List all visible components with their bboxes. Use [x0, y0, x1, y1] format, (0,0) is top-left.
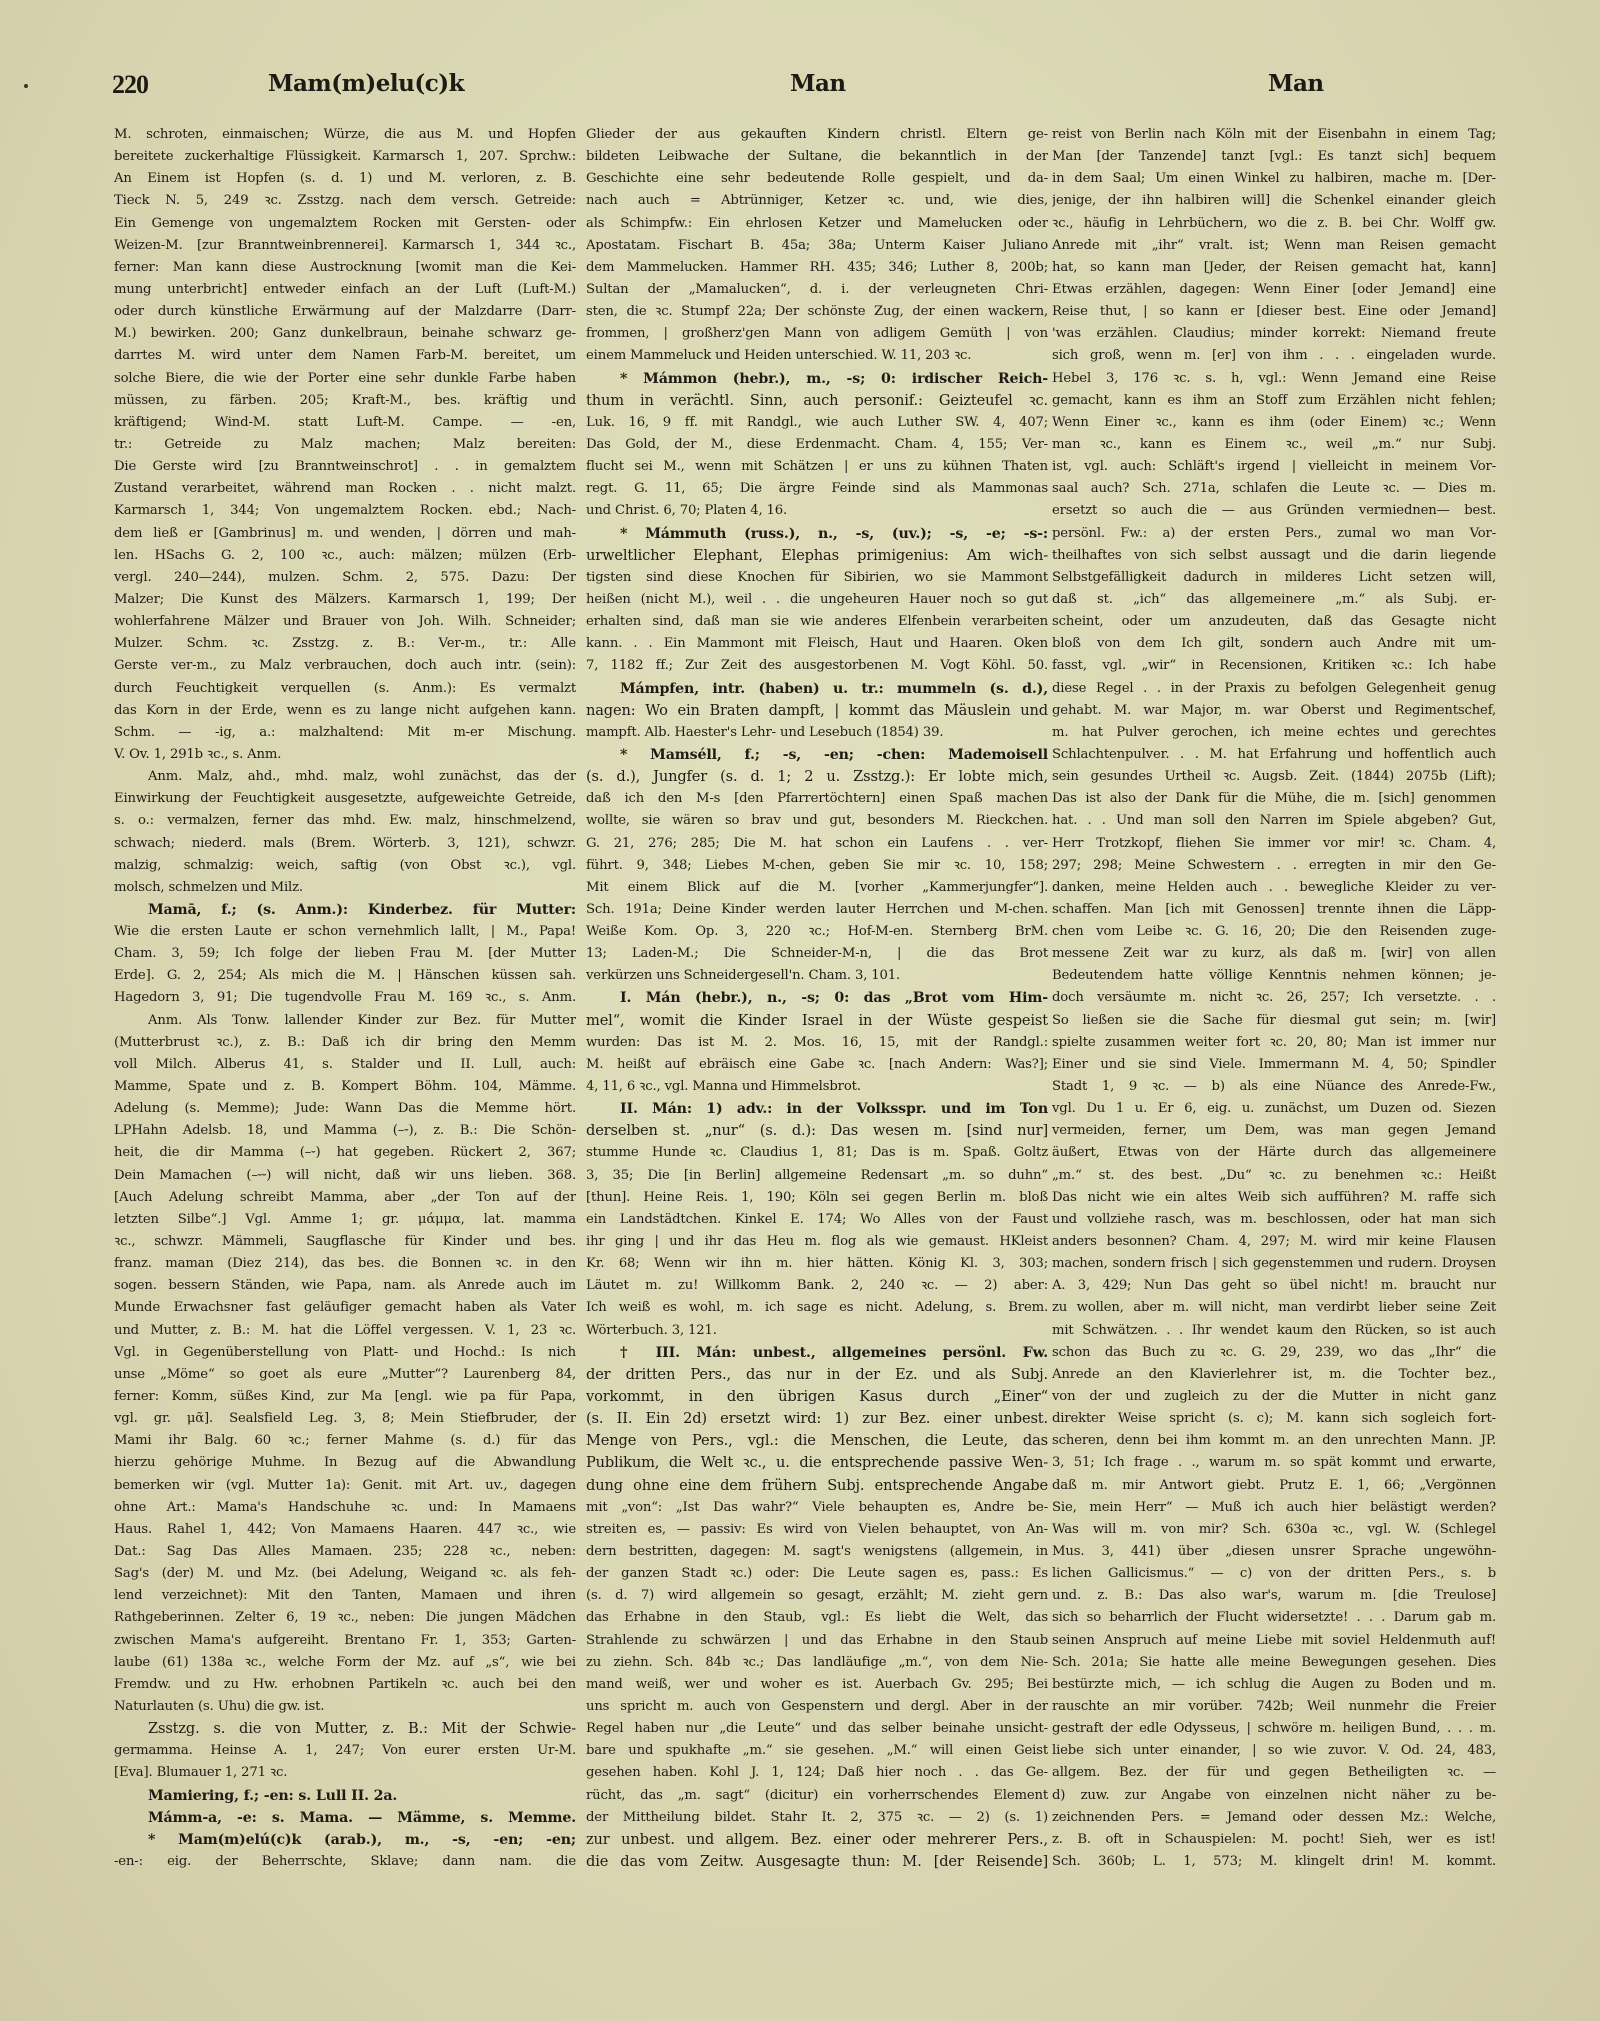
text-line: zu wollen, aber m. will nicht, man verdi… [1052, 1297, 1496, 1319]
text-line: (s. d.), Jungfer (s. d. 1; 2 u. Zsstzg.)… [586, 766, 1048, 788]
column-middle: Glieder der aus gekauften Kindern christ… [586, 124, 1048, 1873]
text-line: LPHahn Adelsb. 18, und Mamma (–⏑), z. B.… [114, 1120, 576, 1142]
text-line: Weiße Kom. Op. 3, 220 ꝛc.; Hof-M-en. Ste… [586, 921, 1048, 943]
text-line: und. z. B.: Das also war's, warum m. [di… [1052, 1585, 1496, 1607]
text-line: So ließen sie die Sache für diesmal gut … [1052, 1010, 1496, 1032]
text-line: Einer und sie sind Viele. Immermann M. 4… [1052, 1054, 1496, 1076]
text-line: dung ohne eine dem frühern Subj. entspre… [586, 1475, 1048, 1497]
text-line: sogen. bessern Ständen, wie Papa, nam. a… [114, 1275, 576, 1297]
text-line: man ꝛc., kann es Einem ꝛc., weil „m.“ nu… [1052, 434, 1496, 456]
text-line: Das Gold, der M., diese Erdenmacht. Cham… [586, 434, 1048, 456]
text-line: reist von Berlin nach Köln mit der Eisen… [1052, 124, 1496, 146]
text-line: „m.“ st. des best. „Du“ ꝛc. zu benehmen … [1052, 1165, 1496, 1187]
text-line: Die Gerste wird [zu Branntweinschrot] . … [114, 456, 576, 478]
text-line: Schm. — -ig, a.: malzhaltend: Mit m-er M… [114, 722, 576, 744]
text-line: Das ist also der Dank für die Mühe, die … [1052, 788, 1496, 810]
page-header: 220 Mam(m)elu(c)k Man Man [0, 70, 1600, 100]
text-line: Selbstgefälligkeit dadurch in milderes L… [1052, 567, 1496, 589]
text-line: Sch. 191a; Deine Kinder werden lauter He… [586, 899, 1048, 921]
text-line: [Eva]. Blumauer 1, 271 ꝛc. [114, 1762, 576, 1784]
text-line: zwischen Mama's aufgereiht. Brentano Fr.… [114, 1630, 576, 1652]
text-line: rücht, das „m. sagt“ (dicitur) ein vorhe… [586, 1785, 1048, 1807]
text-line: das Korn in der Erde, wenn es zu lange n… [114, 700, 576, 722]
entry-headword-line: † III. Mán: unbest., allgemeines persönl… [586, 1342, 1048, 1364]
text-line: schwach; niederd. mals (Brem. Wörterb. 3… [114, 833, 576, 855]
text-line: äußert, Etwas von der Härte durch das al… [1052, 1142, 1496, 1164]
text-line: Fremdw. und zu Hw. erhobnen Partikeln ꝛc… [114, 1674, 576, 1696]
text-line: saal auch? Sch. 271a, schlafen die Leute… [1052, 478, 1496, 500]
text-line: solche Biere, die wie der Porter eine se… [114, 368, 576, 390]
text-line: Anrede an den Klavierlehrer ist, m. die … [1052, 1364, 1496, 1386]
text-line: Reise thut, | so kann er [dieser best. E… [1052, 301, 1496, 323]
text-line: scheint, oder um anzudeuten, daß das Ges… [1052, 611, 1496, 633]
text-line: Publikum, die Welt ꝛc., u. die entsprech… [586, 1452, 1048, 1474]
text-line: Mus. 3, 441) über „diesen unsrer Sprache… [1052, 1541, 1496, 1563]
text-line: vorkommt, in den übrigen Kasus durch „Ei… [586, 1386, 1048, 1408]
text-line: Mami ihr Balg. 60 ꝛc.; ferner Mahme (s. … [114, 1430, 576, 1452]
entry-headword-line: Mamā, f.; (s. Anm.): Kinderbez. für Mutt… [114, 899, 576, 921]
text-line: persönl. Fw.: a) der ersten Pers., zumal… [1052, 523, 1496, 545]
text-line: theilhaftes von sich selbst aussagt und … [1052, 545, 1496, 567]
text-line: ferner: Man kann diese Austrocknung [wom… [114, 257, 576, 279]
text-line: thum in verächtl. Sinn, auch personif.: … [586, 390, 1048, 412]
text-line: fasst, vgl. „wir“ in Recensionen, Kritik… [1052, 655, 1496, 677]
text-line: müssen, zu färben. 205; Kraft-M., bes. k… [114, 390, 576, 412]
text-line: Adelung (s. Memme); Jude: Wann Das die M… [114, 1098, 576, 1120]
text-line: 'was erzählen. Claudius; minder korrekt:… [1052, 323, 1496, 345]
text-line: ihr ging | und ihr das Heu m. flog als w… [586, 1231, 1048, 1253]
text-line: franz. maman (Diez 214), das bes. die Bo… [114, 1253, 576, 1275]
text-line: -en-: eig. der Beherrschte, Sklave; dann… [114, 1851, 576, 1873]
text-line: Menge von Pers., vgl.: die Menschen, die… [586, 1430, 1048, 1452]
text-line: ein Landstädtchen. Kinkel E. 174; Wo All… [586, 1209, 1048, 1231]
text-line: vergl. 240—244), mulzen. Schm. 2, 575. D… [114, 567, 576, 589]
text-line: Zustand verarbeitet, während man Rocken … [114, 478, 576, 500]
text-line: rauschte an mir vorüber. 742b; Weil nunm… [1052, 1696, 1496, 1718]
text-line: sein gesundes Urtheil ꝛc. Augsb. Zeit. (… [1052, 766, 1496, 788]
text-line: einem Mammeluck und Heiden unterschied. … [586, 345, 1048, 367]
text-line: (s. d. 7) wird allgemein so gesagt, erzä… [586, 1585, 1048, 1607]
text-line: sich so beharrlich der Flucht widersetzt… [1052, 1607, 1496, 1629]
entry-headword-line: * Mam(m)elú(c)k (arab.), m., -s, -en; -e… [114, 1829, 576, 1851]
text-line: bereitete zuckerhaltige Flüssigkeit. Kar… [114, 146, 576, 168]
text-line: lichen Gallicismus.“ — c) von der dritte… [1052, 1563, 1496, 1585]
text-line: verkürzen uns Schneidergesell'n. Cham. 3… [586, 965, 1048, 987]
text-line: hierzu gehörige Muhme. In Bezug auf die … [114, 1452, 576, 1474]
text-line: flucht sei M., wenn mit Schätzen | er un… [586, 456, 1048, 478]
text-line: sich groß, wenn m. [er] von ihm . . . ei… [1052, 345, 1496, 367]
text-line: Geschichte eine sehr bedeutende Rolle ge… [586, 168, 1048, 190]
text-line: daß ich den M-s [den Pfarrertöchtern] ei… [586, 788, 1048, 810]
entry-headword-line: * Mámmon (hebr.), m., -s; 0: irdischer R… [586, 368, 1048, 390]
text-line: Dat.: Sag Das Alles Mamaen. 235; 228 ꝛc.… [114, 1541, 576, 1563]
text-line: hat, so kann man [Jeder, der Reisen gema… [1052, 257, 1496, 279]
text-line: messene Zeit war zu kurz, als daß m. [wi… [1052, 943, 1496, 965]
text-line: erhalten sind, daß man sie wie anderes E… [586, 611, 1048, 633]
text-line: streiten es, — passiv: Es wird von Viele… [586, 1519, 1048, 1541]
entry-headword-line: II. Mán: 1) adv.: in der Volksspr. und i… [586, 1098, 1048, 1120]
text-line: jenige, der ihn halbiren will] die Schen… [1052, 190, 1496, 212]
text-line: doch versäumte m. nicht ꝛc. 26, 257; Ich… [1052, 987, 1496, 1009]
text-line: Gerste ver-m., zu Malz verbrauchen, doch… [114, 655, 576, 677]
text-line: M.) bewirken. 200; Ganz dunkelbraun, bei… [114, 323, 576, 345]
text-line: m. hat Pulver gerochen, ich meine echtes… [1052, 722, 1496, 744]
text-line: Erde]. G. 2, 254; Als mich die M. | Häns… [114, 965, 576, 987]
text-line: schaffen. Man [ich mit Genossen] trennte… [1052, 899, 1496, 921]
text-line: s. o.: vermalzen, ferner das mhd. Ew. ma… [114, 810, 576, 832]
text-line: laube (61) 138a ꝛc., welche Form der Mz.… [114, 1652, 576, 1674]
text-line: gestraft der edle Odysseus, | schwöre m.… [1052, 1718, 1496, 1740]
text-line: Was will m. von mir? Sch. 630a ꝛc., vgl.… [1052, 1519, 1496, 1541]
text-line: V. Ov. 1, 291b ꝛc., s. Anm. [114, 744, 576, 766]
running-head-left: Mam(m)elu(c)k [268, 70, 464, 97]
text-line: ersetzt so auch die — aus Gründen vermie… [1052, 500, 1496, 522]
text-line: d) zuw. zur Angabe von einzelnen nicht n… [1052, 1785, 1496, 1807]
text-line: machen, sondern frisch | sich gegenstemm… [1052, 1253, 1496, 1275]
text-line: G. 21, 276; 285; Die M. hat schon ein La… [586, 833, 1048, 855]
text-line: ꝛc., häufig in Lehrbüchern, wo die z. B.… [1052, 213, 1496, 235]
text-line: 3, 51; Ich frage . ., warum m. so spät k… [1052, 1452, 1496, 1474]
text-line: ferner: Komm, süßes Kind, zur Ma [engl. … [114, 1386, 576, 1408]
text-line: Munde Erwachsner fast geläufiger gemacht… [114, 1297, 576, 1319]
text-line: als Schimpfw.: Ein ehrlosen Ketzer und M… [586, 213, 1048, 235]
text-line: Ich weiß es wohl, m. ich sage es nicht. … [586, 1297, 1048, 1319]
text-line: dem Mammelucken. Hammer RH. 435; 346; Lu… [586, 257, 1048, 279]
text-line: germamma. Heinse A. 1, 247; Von eurer er… [114, 1740, 576, 1762]
text-line: heißen (nicht M.), weil . . die ungeheur… [586, 589, 1048, 611]
text-line: vermeiden, ferner, um Dem, was man gegen… [1052, 1120, 1496, 1142]
text-line: die das vom Zeitw. Ausgesagte thun: M. [… [586, 1851, 1048, 1873]
entry-headword-line: I. Mán (hebr.), n., -s; 0: das „Brot vom… [586, 987, 1048, 1009]
text-line: daß st. „ich“ das allgemeinere „m.“ als … [1052, 589, 1496, 611]
text-line: (s. II. Ein 2d) ersetzt wird: 1) zur Bez… [586, 1408, 1048, 1430]
text-line: darrtes M. wird unter dem Namen Farb-M. … [114, 345, 576, 367]
text-line: heit, die dir Mamma (–⏑) hat gegeben. Rü… [114, 1142, 576, 1164]
text-line: unse „Möme“ so goet als eure „Mutter“? L… [114, 1364, 576, 1386]
text-line: 7, 1182 ff.; Zur Zeit des ausgestorbenen… [586, 655, 1048, 677]
text-line: und Mutter, z. B.: M. hat die Löffel ver… [114, 1320, 576, 1342]
text-line: mit „von“: „Ist Das wahr?“ Viele behaupt… [586, 1497, 1048, 1519]
text-line: Malzer; Die Kunst des Mälzers. Karmarsch… [114, 589, 576, 611]
text-line: Mit einem Blick auf die M. [vorher „Kamm… [586, 877, 1048, 899]
text-line: bare und spukhafte „m.“ sie gesehen. „M.… [586, 1740, 1048, 1762]
text-line: Luk. 16, 9 ff. mit Randgl., wie auch Lut… [586, 412, 1048, 434]
text-line: Mamme, Spate und z. B. Kompert Böhm. 104… [114, 1076, 576, 1098]
text-line: Etwas erzählen, dagegen: Wenn Einer [ode… [1052, 279, 1496, 301]
text-line: oder durch künstliche Erwärmung auf der … [114, 301, 576, 323]
text-line: wurden: Das ist M. 2. Mos. 16, 15, mit d… [586, 1032, 1048, 1054]
text-line: von der und zugleich zu der die Mutter i… [1052, 1386, 1496, 1408]
text-line: Anrede mit „ihr“ vralt. ist; Wenn man Re… [1052, 235, 1496, 257]
text-line: dern bestritten, dagegen: M. sagt's weni… [586, 1541, 1048, 1563]
text-line: allgem. Bez. der für und gegen Betheilig… [1052, 1762, 1496, 1784]
text-line: mampft. Alb. Haester's Lehr- und Lesebuc… [586, 722, 1048, 744]
text-line: regt. G. 11, 65; Die ärgre Feinde sind a… [586, 478, 1048, 500]
text-line: hat. . . Und man soll den Narren im Spie… [1052, 810, 1496, 832]
text-line: derselben st. „nur“ (s. d.): Das wesen m… [586, 1120, 1048, 1142]
text-line: mit Schwätzen. . . Ihr wendet kaum den R… [1052, 1320, 1496, 1342]
text-line: mung unterbricht] entweder einfach an de… [114, 279, 576, 301]
text-line: der dritten Pers., das nur in der Ez. un… [586, 1364, 1048, 1386]
text-line: M. heißt auf ebräisch eine Gabe ꝛc. [nac… [586, 1054, 1048, 1076]
text-line: Stadt 1, 9 ꝛc. — b) als eine Nüance des … [1052, 1076, 1496, 1098]
text-line: bestürzte mich, — ich schlug die Augen z… [1052, 1674, 1496, 1696]
text-line: urweltlicher Elephant, Elephas primigeni… [586, 545, 1048, 567]
text-line: Cham. 3, 59; Ich folge der lieben Frau M… [114, 943, 576, 965]
text-line: frommen, | großherz'gen Mann von adligem… [586, 323, 1048, 345]
text-line: Wie die ersten Laute er schon vernehmlic… [114, 921, 576, 943]
text-line: 3, 35; Die [in Berlin] allgemeine Redens… [586, 1165, 1048, 1187]
text-line: Strahlende zu schwärzen | und das Erhabn… [586, 1630, 1048, 1652]
text-line: zur unbest. und allgem. Bez. einer oder … [586, 1829, 1048, 1851]
page-number: 220 [112, 70, 148, 100]
text-line: danken, meine Helden auch . . bewegliche… [1052, 877, 1496, 899]
text-line: kräftigend; Wind-M. statt Luft-M. Campe.… [114, 412, 576, 434]
text-line: nach auch = Abtrünniger, Ketzer ꝛc. und,… [586, 190, 1048, 212]
text-line: und Christ. 6, 70; Platen 4, 16. [586, 500, 1048, 522]
entry-headword-line: * Mamséll, f.; -s, -en; -chen: Mademoise… [586, 744, 1048, 766]
text-line: anders besonnen? Cham. 4, 297; M. wird m… [1052, 1231, 1496, 1253]
text-line: Sch. 201a; Sie hatte alle meine Bewegung… [1052, 1652, 1496, 1674]
text-line: liebe sich unter einander, | so wie zuvo… [1052, 1740, 1496, 1762]
text-line: (Mutterbrust ꝛc.), z. B.: Daß ich dir br… [114, 1032, 576, 1054]
text-line: Sie, mein Herr“ — Muß ich auch hier belä… [1052, 1497, 1496, 1519]
text-line: A. 3, 429; Nun Das geht so übel nicht! m… [1052, 1275, 1496, 1297]
text-line: Anm. Malz, ahd., mhd. malz, wohl zunächs… [114, 766, 576, 788]
text-line: direkter Weise spricht (s. c); M. kann s… [1052, 1408, 1496, 1430]
text-line: Regel haben nur „die Leute“ und das selb… [586, 1718, 1048, 1740]
dictionary-columns: M. schroten, einmaischen; Würze, die aus… [114, 124, 1498, 1924]
text-line: tigsten sind diese Knochen für Sibirien,… [586, 567, 1048, 589]
text-line: z. B. oft in Schauspielen: M. pocht! Sie… [1052, 1829, 1496, 1851]
text-line: letzten Silbe“.] Vgl. Amme 1; gr. μάμμα,… [114, 1209, 576, 1231]
text-line: Glieder der aus gekauften Kindern christ… [586, 124, 1048, 146]
text-line: seinen Anspruch auf meine Liebe mit sovi… [1052, 1630, 1496, 1652]
text-line: gehabt. M. war Major, m. war Oberst und … [1052, 700, 1496, 722]
text-line: Zsstzg. s. die von Mutter, z. B.: Mit de… [114, 1718, 576, 1740]
text-line: Hebel 3, 176 ꝛc. s. h, vgl.: Wenn Jemand… [1052, 368, 1496, 390]
text-line: [Auch Adelung schreibt Mamma, aber „der … [114, 1187, 576, 1209]
text-line: Man [der Tanzende] tanzt [vgl.: Es tanzt… [1052, 146, 1496, 168]
text-line: mel“, womit die Kinder Israel in der Wüs… [586, 1010, 1048, 1032]
text-line: Sag's (der) M. und Mz. (bei Adelung, Wei… [114, 1563, 576, 1585]
text-line: vgl. gr. μᾶ]. Sealsfield Leg. 3, 8; Mein… [114, 1408, 576, 1430]
text-line: daß m. mir Antwort giebt. Prutz E. 1, 66… [1052, 1475, 1496, 1497]
entry-headword-line: Mámpfen, intr. (haben) u. tr.: mummeln (… [586, 678, 1048, 700]
column-right: reist von Berlin nach Köln mit der Eisen… [1052, 124, 1496, 1873]
text-line: voll Milch. Alberus 41, s. Stalder und I… [114, 1054, 576, 1076]
text-line: [thun]. Heine Reis. 1, 190; Köln sei geg… [586, 1187, 1048, 1209]
text-line: zu ziehn. Sch. 84b ꝛc.; Das landläufige … [586, 1652, 1048, 1674]
text-line: wohlerfahrene Mälzer und Brauer von Joh.… [114, 611, 576, 633]
text-line: Sultan der „Mamalucken“, d. i. der verle… [586, 279, 1048, 301]
text-line: 13; Laden-M.; Die Schneider-M-n, | die d… [586, 943, 1048, 965]
text-line: Läutet m. zu! Willkomm Bank. 2, 240 ꝛc. … [586, 1275, 1048, 1297]
text-line: 297; 298; Meine Schwestern . . erregten … [1052, 855, 1496, 877]
text-line: nagen: Wo ein Braten dampft, | kommt das… [586, 700, 1048, 722]
text-line: Das nicht wie ein altes Weib sich auffüh… [1052, 1187, 1496, 1209]
text-line: sten, die ꝛc. Stumpf 22a; Der schönste Z… [586, 301, 1048, 323]
text-line: ohne Art.: Mama's Handschuhe ꝛc. und: In… [114, 1497, 576, 1519]
text-line: das Erhabne in den Staub, vgl.: Es liebt… [586, 1607, 1048, 1629]
text-line: An Einem ist Hopfen (s. d. 1) und M. ver… [114, 168, 576, 190]
text-line: Sch. 360b; L. 1, 573; M. klingelt drin! … [1052, 1851, 1496, 1873]
text-line: bemerken wir (vgl. Mutter 1a): Genit. mi… [114, 1475, 576, 1497]
text-line: gesehen haben. Kohl J. 1, 124; Daß hier … [586, 1762, 1048, 1784]
text-line: Vgl. in Gegenüberstellung von Platt- und… [114, 1342, 576, 1364]
text-line: malzig, schmalzig: weich, saftig (von Ob… [114, 855, 576, 877]
entry-headword-line: Mámm-a, -e: s. Mama. — Mämme, s. Memme. [114, 1807, 576, 1829]
text-line: der ganzen Stadt ꝛc.) oder: Die Leute sa… [586, 1563, 1048, 1585]
text-line: in dem Saal; Um einen Winkel zu halbiren… [1052, 168, 1496, 190]
text-line: len. HSachs G. 2, 100 ꝛc., auch: mälzen;… [114, 545, 576, 567]
text-line: schon das Buch zu ꝛc. G. 29, 239, wo das… [1052, 1342, 1496, 1364]
running-head-center: Man [790, 70, 846, 97]
text-line: Schlachtenpulver. . . M. hat Erfahrung u… [1052, 744, 1496, 766]
text-line: scheren, denn bei ihm kommt m. an den un… [1052, 1430, 1496, 1452]
text-line: vgl. Du 1 u. Er 6, eig. u. zunächst, um … [1052, 1098, 1496, 1120]
text-line: Mulzer. Schm. ꝛc. Zsstzg. z. B.: Ver-m.,… [114, 633, 576, 655]
text-line: lend verzeichnet): Mit den Tanten, Mamae… [114, 1585, 576, 1607]
text-line: Weizen-M. [zur Branntweinbrennerei]. Kar… [114, 235, 576, 257]
text-line: Karmarsch 1, 344; Von ungemalztem Rocken… [114, 500, 576, 522]
text-line: Naturlauten (s. Uhu) die gw. ist. [114, 1696, 576, 1718]
text-line: ꝛc., schwzr. Mämmeli, Saugflasche für Ki… [114, 1231, 576, 1253]
text-line: bloß von dem Ich gilt, sondern auch Andr… [1052, 633, 1496, 655]
text-line: kann. . . Ein Mammont mit Fleisch, Haut … [586, 633, 1048, 655]
text-line: Hagedorn 3, 91; Die tugendvolle Frau M. … [114, 987, 576, 1009]
text-line: Apostatam. Fischart B. 45a; 38a; Unterm … [586, 235, 1048, 257]
text-line: uns spricht m. auch von Gespenstern und … [586, 1696, 1048, 1718]
text-line: M. schroten, einmaischen; Würze, die aus… [114, 124, 576, 146]
text-line: durch Feuchtigkeit verquellen (s. Anm.):… [114, 678, 576, 700]
text-line: Rathgeberinnen. Zelter 6, 19 ꝛc., neben:… [114, 1607, 576, 1629]
text-line: molsch, schmelzen und Milz. [114, 877, 576, 899]
text-line: dem ließ er [Gambrinus] m. und wenden, |… [114, 523, 576, 545]
entry-headword-line: Mamiering, f.; -en: s. Lull II. 2a. [114, 1785, 576, 1807]
text-line: ist, vgl. auch: Schläft's irgend | viell… [1052, 456, 1496, 478]
text-line: tr.: Getreide zu Malz machen; Malz berei… [114, 434, 576, 456]
text-line: Herr Trotzkopf, fliehen Sie immer vor mi… [1052, 833, 1496, 855]
running-head-right: Man [1268, 70, 1324, 97]
text-line: 4, 11, 6 ꝛc., vgl. Manna und Himmelsbrot… [586, 1076, 1048, 1098]
text-line: stumme Hunde ꝛc. Claudius 1, 81; Das is … [586, 1142, 1048, 1164]
text-line: mand weiß, wer und woher es ist. Auerbac… [586, 1674, 1048, 1696]
text-line: Bedeutendem hatte völlige Kenntnis nehme… [1052, 965, 1496, 987]
text-line: und vollziehe rasch, was m. beschlossen,… [1052, 1209, 1496, 1231]
text-line: zeichnenden Pers. = Jemand oder dessen M… [1052, 1807, 1496, 1829]
text-line: Dein Mamachen (–⏑⏑) will nicht, daß wir … [114, 1165, 576, 1187]
text-line: Anm. Als Tonw. lallender Kinder zur Bez.… [114, 1010, 576, 1032]
column-left: M. schroten, einmaischen; Würze, die aus… [114, 124, 576, 1873]
text-line: Ein Gemenge von ungemalztem Rocken mit G… [114, 213, 576, 235]
text-line: chen vom Leibe ꝛc. G. 16, 20; Die den Re… [1052, 921, 1496, 943]
text-line: der Mittheilung bildet. Stahr It. 2, 375… [586, 1807, 1048, 1829]
text-line: wollte, sie wären so brav und gut, beson… [586, 810, 1048, 832]
text-line: führt. 9, 348; Liebes M-chen, geben Sie … [586, 855, 1048, 877]
entry-headword-line: * Mámmuth (russ.), n., -s, (uv.); -s, -e… [586, 523, 1048, 545]
text-line: Kr. 68; Wenn wir ihn m. hier hätten. Kön… [586, 1253, 1048, 1275]
text-line: diese Regel . . in der Praxis zu befolge… [1052, 678, 1496, 700]
text-line: gemacht, kann es ihm an Stoff zum Erzähl… [1052, 390, 1496, 412]
text-line: bildeten Leibwache der Sultane, die beka… [586, 146, 1048, 168]
text-line: Haus. Rahel 1, 442; Von Mamaens Haaren. … [114, 1519, 576, 1541]
text-line: Tieck N. 5, 249 ꝛc. Zsstzg. nach dem ver… [114, 190, 576, 212]
text-line: Wörterbuch. 3, 121. [586, 1320, 1048, 1342]
text-line: Wenn Einer ꝛc., kann es ihm (oder Einem)… [1052, 412, 1496, 434]
text-line: spielte zusammen weiter fort ꝛc. 20, 80;… [1052, 1032, 1496, 1054]
text-line: Einwirkung der Feuchtigkeit ausgesetzte,… [114, 788, 576, 810]
